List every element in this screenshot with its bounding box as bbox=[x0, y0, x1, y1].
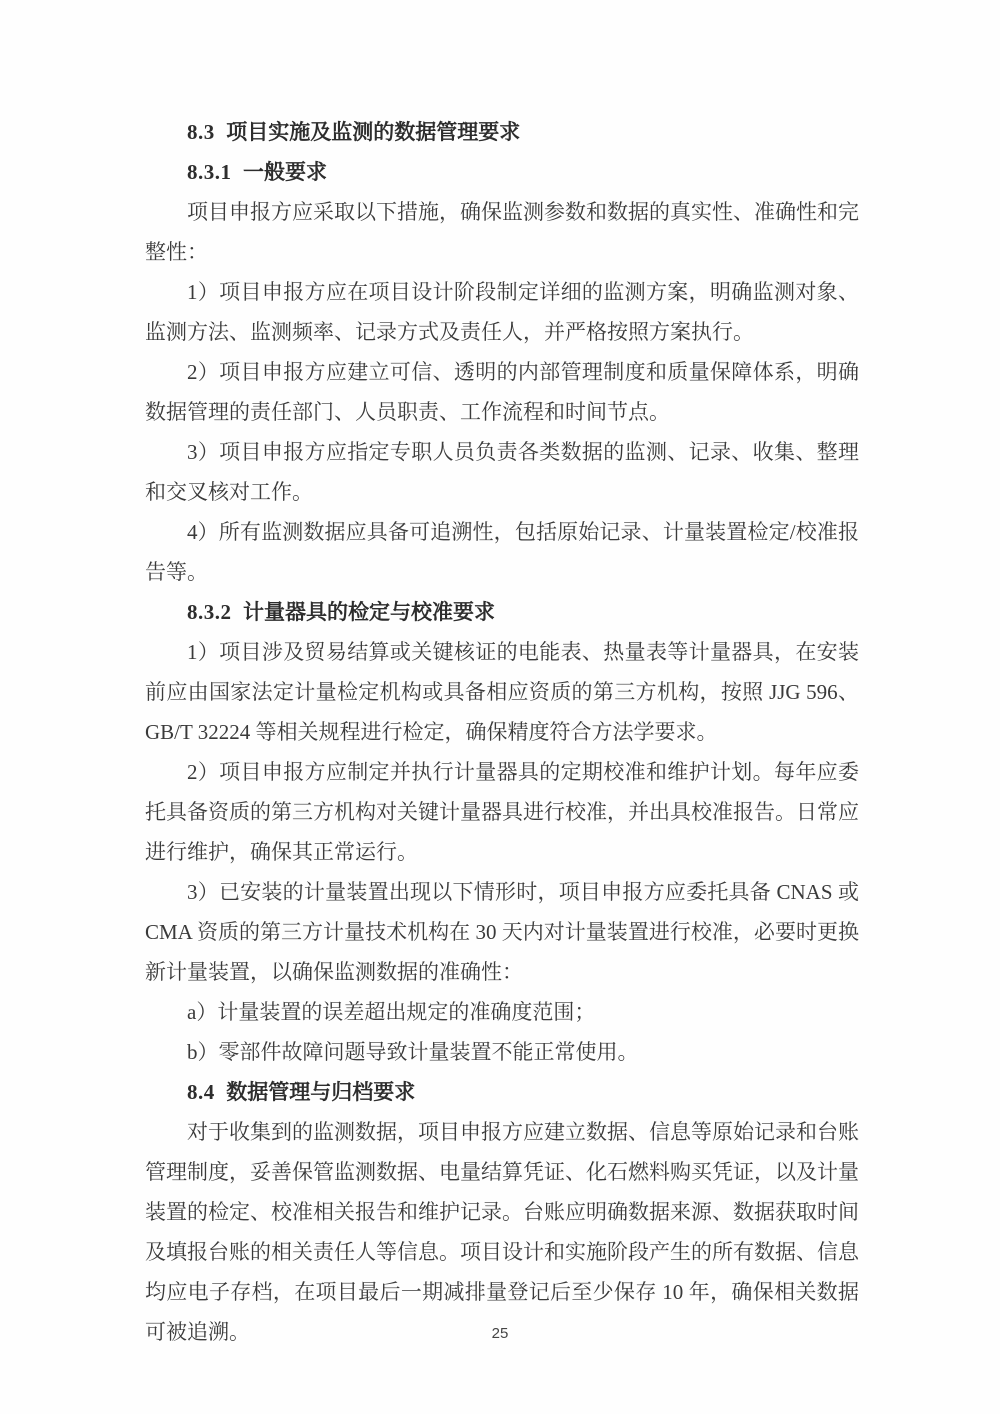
section-heading-8-3-2: 8.3.2计量器具的检定与校准要求 bbox=[145, 592, 859, 632]
section-title: 一般要求 bbox=[243, 160, 327, 184]
list-item-1: 1）项目涉及贸易结算或关键核证的电能表、热量表等计量器具，在安装前应由国家法定计… bbox=[145, 632, 859, 752]
sub-item-b: b）零部件故障问题导致计量装置不能正常使用。 bbox=[145, 1032, 859, 1072]
section-heading-8-3-1: 8.3.1一般要求 bbox=[145, 152, 859, 192]
paragraph-archive: 对于收集到的监测数据，项目申报方应建立数据、信息等原始记录和台账管理制度，妥善保… bbox=[145, 1112, 859, 1352]
section-number: 8.4 bbox=[187, 1080, 215, 1104]
paragraph-intro: 项目申报方应采取以下措施，确保监测参数和数据的真实性、准确性和完整性： bbox=[145, 192, 859, 272]
list-item-2: 2）项目申报方应制定并执行计量器具的定期校准和维护计划。每年应委托具备资质的第三… bbox=[145, 752, 859, 872]
page-footer: 25 bbox=[0, 1325, 1000, 1342]
list-item-1: 1）项目申报方应在项目设计阶段制定详细的监测方案，明确监测对象、监测方法、监测频… bbox=[145, 272, 859, 352]
sub-item-a: a）计量装置的误差超出规定的准确度范围； bbox=[145, 992, 859, 1032]
list-item-3: 3）项目申报方应指定专职人员负责各类数据的监测、记录、收集、整理和交叉核对工作。 bbox=[145, 432, 859, 512]
document-body: 8.3项目实施及监测的数据管理要求 8.3.1一般要求 项目申报方应采取以下措施… bbox=[145, 112, 859, 1352]
page-number: 25 bbox=[492, 1325, 509, 1342]
section-number: 8.3 bbox=[187, 120, 215, 144]
section-number: 8.3.1 bbox=[187, 160, 232, 184]
document-page: 8.3项目实施及监测的数据管理要求 8.3.1一般要求 项目申报方应采取以下措施… bbox=[0, 0, 1000, 1414]
section-number: 8.3.2 bbox=[187, 600, 232, 624]
section-heading-8-3: 8.3项目实施及监测的数据管理要求 bbox=[145, 112, 859, 152]
section-title: 项目实施及监测的数据管理要求 bbox=[226, 120, 520, 144]
list-item-2: 2）项目申报方应建立可信、透明的内部管理制度和质量保障体系，明确数据管理的责任部… bbox=[145, 352, 859, 432]
section-title: 数据管理与归档要求 bbox=[226, 1080, 415, 1104]
list-item-3: 3）已安装的计量装置出现以下情形时，项目申报方应委托具备 CNAS 或 CMA … bbox=[145, 872, 859, 992]
section-heading-8-4: 8.4数据管理与归档要求 bbox=[145, 1072, 859, 1112]
section-title: 计量器具的检定与校准要求 bbox=[243, 600, 495, 624]
list-item-4: 4）所有监测数据应具备可追溯性，包括原始记录、计量装置检定/校准报告等。 bbox=[145, 512, 859, 592]
